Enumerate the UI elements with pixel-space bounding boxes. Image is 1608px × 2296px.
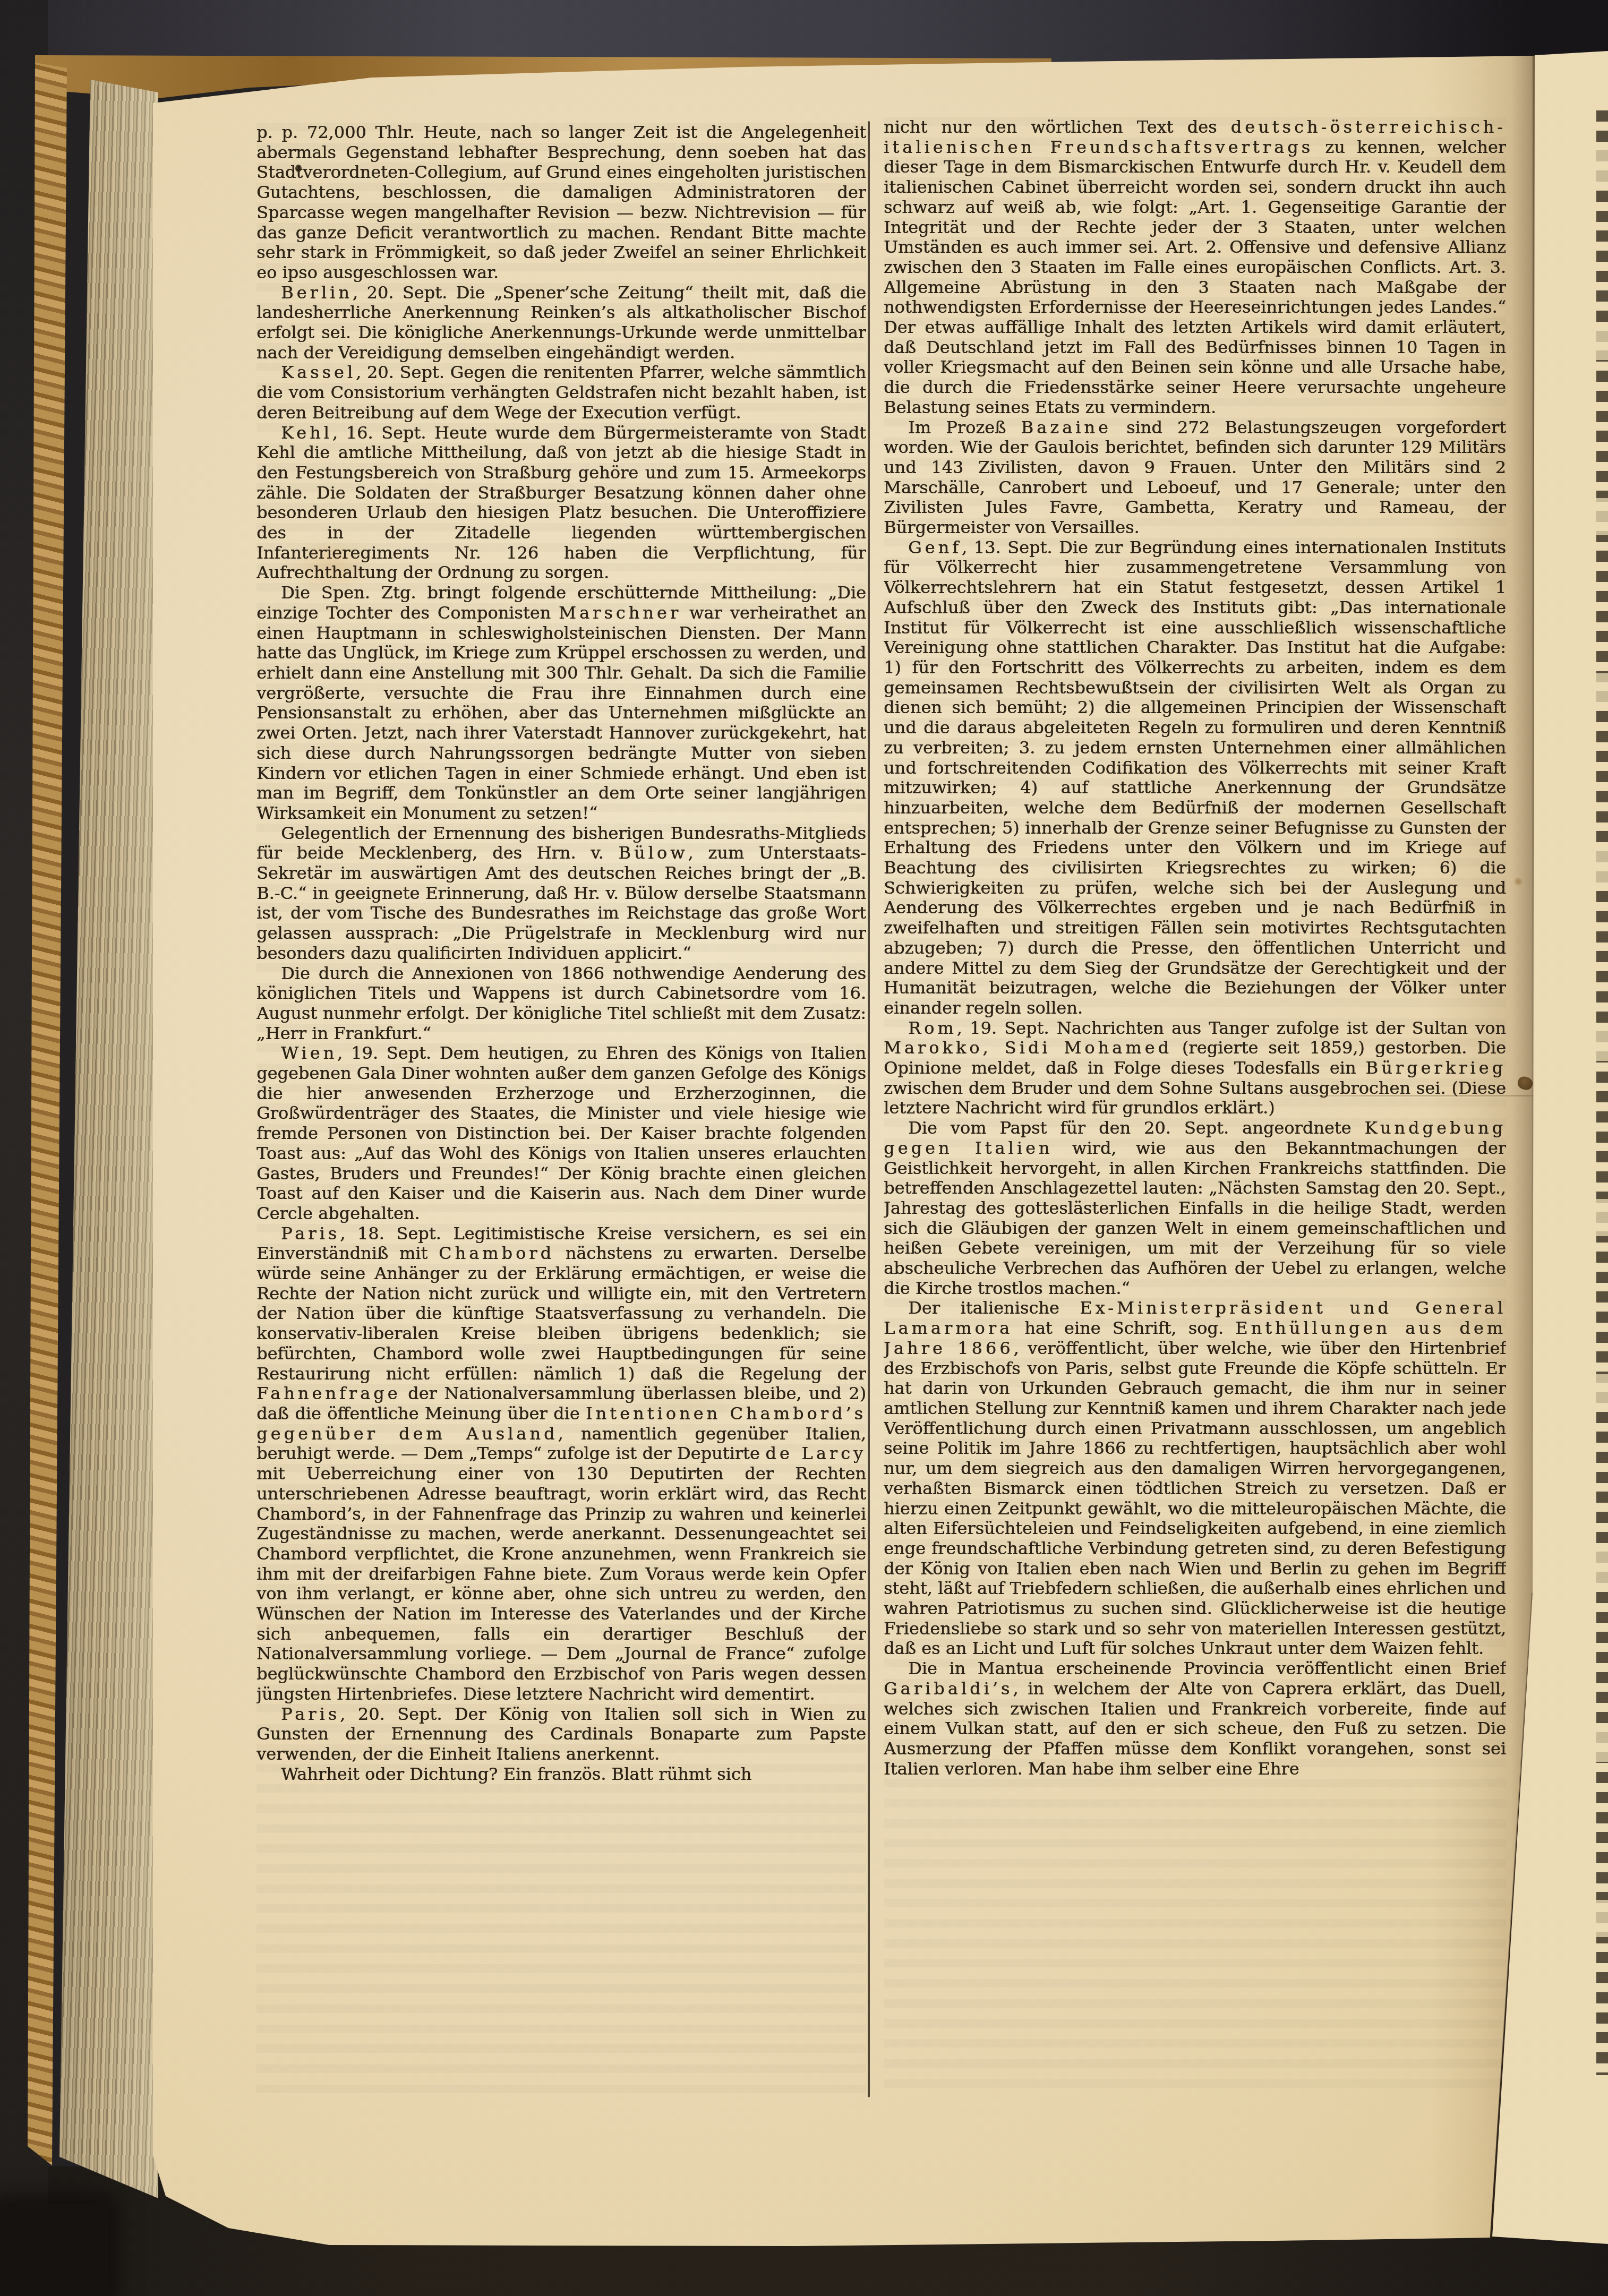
foxing-spot [1513,877,1523,886]
paragraph: Die durch die Annexionen von 1866 nothwe… [256,964,866,1044]
text-run: nicht nur den wörtlichen Text des [884,117,1231,137]
text-run: Im Prozeß [908,417,1021,438]
paragraph: Gelegentlich der Ernennung des bisherige… [256,824,866,964]
text-run: Wahrheit oder Dichtung? Ein französ. Bla… [281,1764,751,1784]
text-run: Die in Mantua erscheinende Provincia ver… [908,1658,1506,1678]
spaced-text-run: Fahnenfrage [256,1383,401,1403]
paragraph: nicht nur den wörtlichen Text des deutsc… [884,117,1506,418]
paragraph: Rom, 19. Sept. Nachrichten aus Tanger zu… [884,1018,1506,1119]
spaced-text-run: Bürgerkrieg [1366,1058,1506,1078]
paragraph: Kehl, 16. Sept. Heute wurde dem Bürgerme… [256,423,866,584]
paragraph: Paris, 18. Sept. Legitimistische Kreise … [256,1224,866,1704]
paragraph: Berlin, 20. Sept. Die „Spener’sche Zeitu… [256,283,866,363]
text-run: war verheirathet an einen Hauptmann in s… [256,603,866,823]
text-run: wird, wie aus den Bekanntmachungen der G… [884,1138,1506,1298]
paragraph: Genf, 13. Sept. Die zur Begründung eines… [884,538,1506,1018]
spaced-text-run: de Larcy [765,1443,866,1463]
text-run: , veröffentlicht, über welche, wie über … [884,1338,1506,1659]
spaced-text-run: Wien [281,1043,337,1063]
spaced-text-run: Genf [908,537,962,558]
text-run: , 19. Sept. Nachrichten aus Tanger zufol… [957,1018,1506,1038]
text-run: mit Ueberreichung einer von 130 Deputirt… [256,1463,866,1704]
spaced-text-run: Bazaine [1021,417,1111,438]
text-column-left: p. p. 72,000 Thlr. Heute, nach so langer… [256,123,866,2094]
paragraph: Wien, 19. Sept. Dem heutigen, zu Ehren d… [256,1043,866,1223]
text-run: , 20. Sept. Der König von Italien soll s… [256,1704,866,1764]
text-run: zu kennen, welcher dieser Tage in dem Bi… [884,137,1506,417]
text-run: Die durch die Annexionen von 1866 nothwe… [256,963,866,1043]
spaced-text-run: Rom [908,1018,957,1038]
text-run: hat eine Schrift, sog. [1013,1318,1235,1338]
paragraph: p. p. 72,000 Thlr. Heute, nach so langer… [256,123,866,283]
paragraph: Der italienische Ex-Ministerpräsident un… [884,1298,1506,1659]
text-run: Die vom Papst für den 20. Sept. angeordn… [908,1118,1364,1138]
paragraph: Die in Mantua erscheinende Provincia ver… [884,1659,1506,1779]
paragraph: Kassel, 20. Sept. Gegen die renitenten P… [256,363,866,423]
paragraph: Wahrheit oder Dichtung? Ein französ. Bla… [256,1764,866,1785]
text-run: p. p. 72,000 Thlr. Heute, nach so langer… [256,123,866,282]
spaced-text-run: Paris [281,1704,340,1724]
spaced-text-run: Garibaldi’s [884,1678,1013,1699]
column-divider-rule [868,121,870,2097]
text-run: nächstens zu erwarten. Derselbe würde se… [256,1243,866,1383]
text-run: zwischen dem Bruder und dem Sohne Sultan… [884,1078,1506,1118]
text-run: Der italienische [908,1298,1080,1318]
spaced-text-run: Kehl [281,423,332,443]
spaced-text-run: Marschner [559,603,681,623]
text-column-right: nicht nur den wörtlichen Text des deutsc… [884,117,1506,2088]
spaced-text-run: Bülow [618,843,688,863]
book-page-photo: p. p. 72,000 Thlr. Heute, nach so langer… [0,0,1608,2296]
text-run: , 16. Sept. Heute wurde dem Bürgermeiste… [256,423,866,583]
spaced-text-run: Chambord [439,1243,554,1263]
paragraph: Im Prozeß Bazaine sind 272 Belastungszeu… [884,418,1506,538]
text-run: , 19. Sept. Dem heutigen, zu Ehren des K… [256,1043,866,1223]
spaced-text-run: Berlin [281,282,353,303]
paragraph: Die Spen. Ztg. bringt folgende erschütte… [256,583,866,823]
backdrop-dark-corner [0,2204,109,2296]
paragraph: Die vom Papst für den 20. Sept. angeordn… [884,1118,1506,1298]
spaced-text-run: Kassel [281,362,356,382]
spaced-text-run: Paris [281,1223,340,1244]
spaced-text-run: Marokko, Sidi Mohamed [884,1038,1172,1058]
paragraph: Paris, 20. Sept. Der König von Italien s… [256,1704,866,1764]
text-run: , 13. Sept. Die zur Begründung eines int… [884,537,1506,1018]
facing-page-text-fragments [1596,110,1608,2075]
